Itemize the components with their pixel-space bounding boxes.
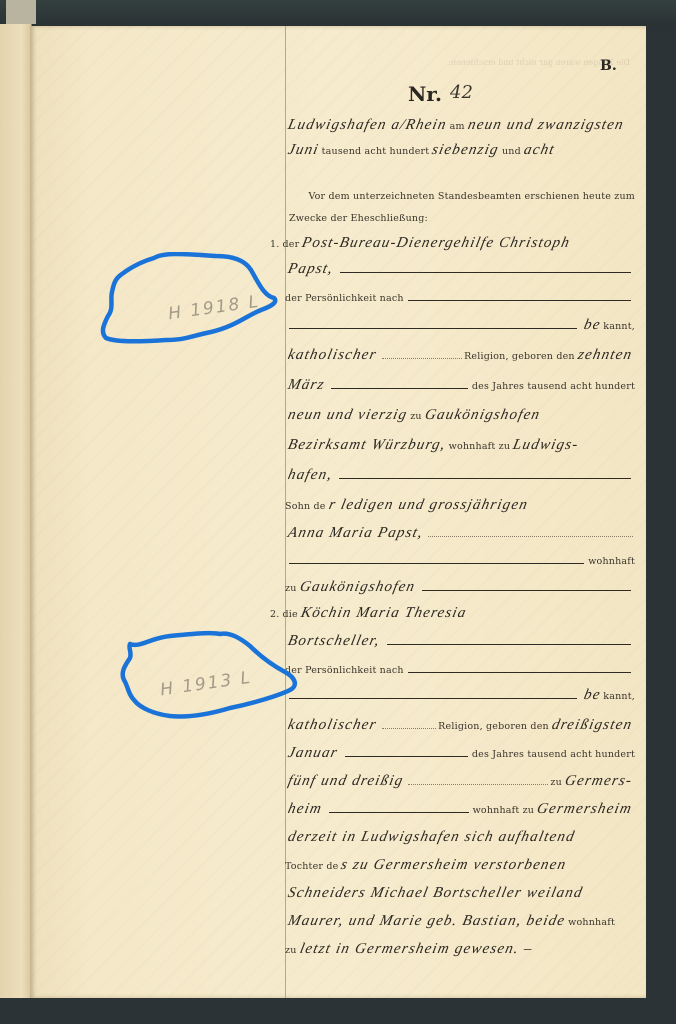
- bride-parent-place: letzt in Germersheim gewesen. –: [295, 941, 537, 958]
- bride-name-line: 2. die Köchin Maria Theresia: [270, 602, 635, 622]
- bride-religion-line: katholischer Religion, geboren den dreiß…: [285, 714, 635, 734]
- register-number-label: Nr.: [408, 82, 442, 106]
- book-cover-top: [0, 0, 676, 26]
- groom-district-line: Bezirksamt Würzburg, wohnhaft zu Ludwigs…: [285, 434, 635, 454]
- page-letter: B.: [600, 58, 617, 74]
- bride-identity-line: der Persönlichkeit nach: [285, 658, 635, 678]
- bride-surname-line: Bortscheller,: [285, 630, 635, 650]
- groom-birthplace-district: Bezirksamt Würzburg,: [283, 437, 450, 454]
- groom-number: 1.: [270, 239, 279, 252]
- bride-birth-month-line: Januar des Jahres tausend acht hundert: [285, 742, 635, 762]
- intro-text-2: Zwecke der Eheschließung:: [285, 213, 428, 226]
- place-date-line: Ludwigshafen a/Rhein am neun und zwanzig…: [285, 114, 635, 134]
- groom-parent-label: Sohn de: [285, 501, 326, 514]
- groom-parent-cont: Anna Maria Papst,: [283, 525, 428, 542]
- bride-parent-place-line: zu letzt in Germersheim gewesen. –: [285, 938, 635, 958]
- groom-birth-day: zehnten: [573, 347, 637, 364]
- tausend-label: tausend acht hundert: [322, 146, 430, 159]
- groom-parent-place: Gaukönigshofen: [295, 579, 420, 596]
- groom-occupation-name: Post-Bureau-Dienergehilfe Christoph: [298, 235, 576, 252]
- bride-birth-year: fünf und dreißig: [283, 773, 408, 790]
- groom-parent: r ledigen und grossjährigen: [324, 497, 533, 514]
- bride-known-label: kannt,: [603, 691, 635, 704]
- intro-line: Vor dem unterzeichneten Standesbeamten e…: [285, 184, 635, 204]
- groom-article: der: [279, 239, 299, 252]
- bride-article: die: [279, 609, 297, 622]
- bride-occupation-name: Köchin Maria Theresia: [296, 605, 471, 622]
- previous-page-edge: [0, 24, 32, 998]
- intro-line-2: Zwecke der Eheschließung:: [285, 206, 635, 226]
- bride-birth-day: dreißigsten: [547, 717, 637, 734]
- groom-known-label: kannt,: [603, 321, 635, 334]
- groom-religion-label: Religion, geboren den: [464, 351, 575, 364]
- register-page: Die Zeugen waren gar nicht und erschiene…: [30, 26, 646, 998]
- bleed-through-text: Die Zeugen waren gar nicht und erschiene…: [330, 58, 630, 98]
- bride-birthplace-cont: heim: [283, 801, 327, 818]
- groom-birth-month: März: [283, 377, 329, 394]
- groom-residence: Ludwigs-: [508, 437, 583, 454]
- bride-number: 2.: [270, 609, 279, 622]
- groom-known-suffix: be: [579, 317, 605, 334]
- bride-known-suffix: be: [579, 687, 605, 704]
- bride-parent-cont2-line: Maurer, und Marie geb. Bastian, beide wo…: [285, 910, 635, 930]
- groom-religion-line: katholischer Religion, geboren den zehnt…: [285, 344, 635, 364]
- bride-known-line: be kannt,: [285, 684, 635, 704]
- groom-birth-year-line: neun und vierzig zu Gaukönigshofen: [285, 404, 635, 424]
- groom-birth-year: neun und vierzig: [283, 407, 412, 424]
- bride-birth-year-line: fünf und dreißig zu Germers-: [285, 770, 635, 790]
- groom-parent-residence-label: wohnhaft: [588, 556, 635, 569]
- groom-residence-cont: hafen,: [283, 467, 337, 484]
- groom-name-line: 1. der Post-Bureau-Dienergehilfe Christo…: [270, 232, 635, 252]
- bride-birthplace: Germers-: [560, 773, 637, 790]
- bride-birthplace-cont-line: heim wohnhaft zu Germersheim: [285, 798, 635, 818]
- groom-identity-line: der Persönlichkeit nach: [285, 286, 635, 306]
- bride-residence-detail: derzeit in Ludwigshafen sich aufhaltend: [283, 829, 579, 846]
- groom-parent-place-line: zu Gaukönigshofen: [285, 576, 635, 596]
- bride-residence-detail-line: derzeit in Ludwigshafen sich aufhaltend: [285, 826, 635, 846]
- bride-residence-label: wohnhaft zu: [473, 805, 535, 818]
- bride-year-label: des Jahres tausend acht hundert: [472, 749, 635, 762]
- bride-residence: Germersheim: [532, 801, 636, 818]
- bride-birth-month: Januar: [283, 745, 342, 762]
- groom-known-line: be kannt,: [285, 314, 635, 334]
- groom-birthplace: Gaukönigshofen: [420, 407, 545, 424]
- groom-residence-cont-line: hafen,: [285, 464, 635, 484]
- year-units-handwritten: acht: [519, 142, 559, 159]
- groom-parent-cont-line: Anna Maria Papst,: [285, 522, 635, 542]
- binding-strip: [6, 0, 36, 24]
- year-tens-handwritten: siebenzig: [428, 142, 504, 159]
- register-number: 42: [450, 82, 473, 103]
- bride-parent-label: Tochter de: [285, 861, 338, 874]
- bride-parent-residence-label: wohnhaft: [568, 917, 615, 930]
- date-line: Juni tausend acht hundert siebenzig und …: [285, 139, 635, 159]
- place-handwritten: Ludwigshafen a/Rhein: [283, 117, 451, 134]
- groom-residence-label: wohnhaft zu: [449, 441, 511, 454]
- und-label: und: [502, 146, 521, 159]
- date-day-handwritten: neun und zwanzigsten: [463, 117, 628, 134]
- bride-parent: s zu Germersheim verstorbenen: [337, 857, 572, 874]
- groom-parent-residence-line: wohnhaft: [285, 549, 635, 569]
- bride-religion-label: Religion, geboren den: [438, 721, 549, 734]
- groom-surname-line: Papst,: [285, 258, 635, 278]
- groom-parent-line: Sohn de r ledigen und grossjährigen: [285, 494, 635, 514]
- bride-parent-cont: Schneiders Michael Bortscheller weiland: [283, 885, 587, 902]
- bride-parent-line: Tochter de s zu Germersheim verstorbenen: [285, 854, 635, 874]
- groom-year-label: des Jahres tausend acht hundert: [472, 381, 635, 394]
- groom-birth-month-line: März des Jahres tausend acht hundert: [285, 374, 635, 394]
- month-handwritten: Juni: [283, 142, 323, 159]
- bride-parent-cont2: Maurer, und Marie geb. Bastian, beide: [283, 913, 570, 930]
- bride-parent-cont-line: Schneiders Michael Bortscheller weiland: [285, 882, 635, 902]
- intro-text: Vor dem unterzeichneten Standesbeamten e…: [308, 191, 635, 204]
